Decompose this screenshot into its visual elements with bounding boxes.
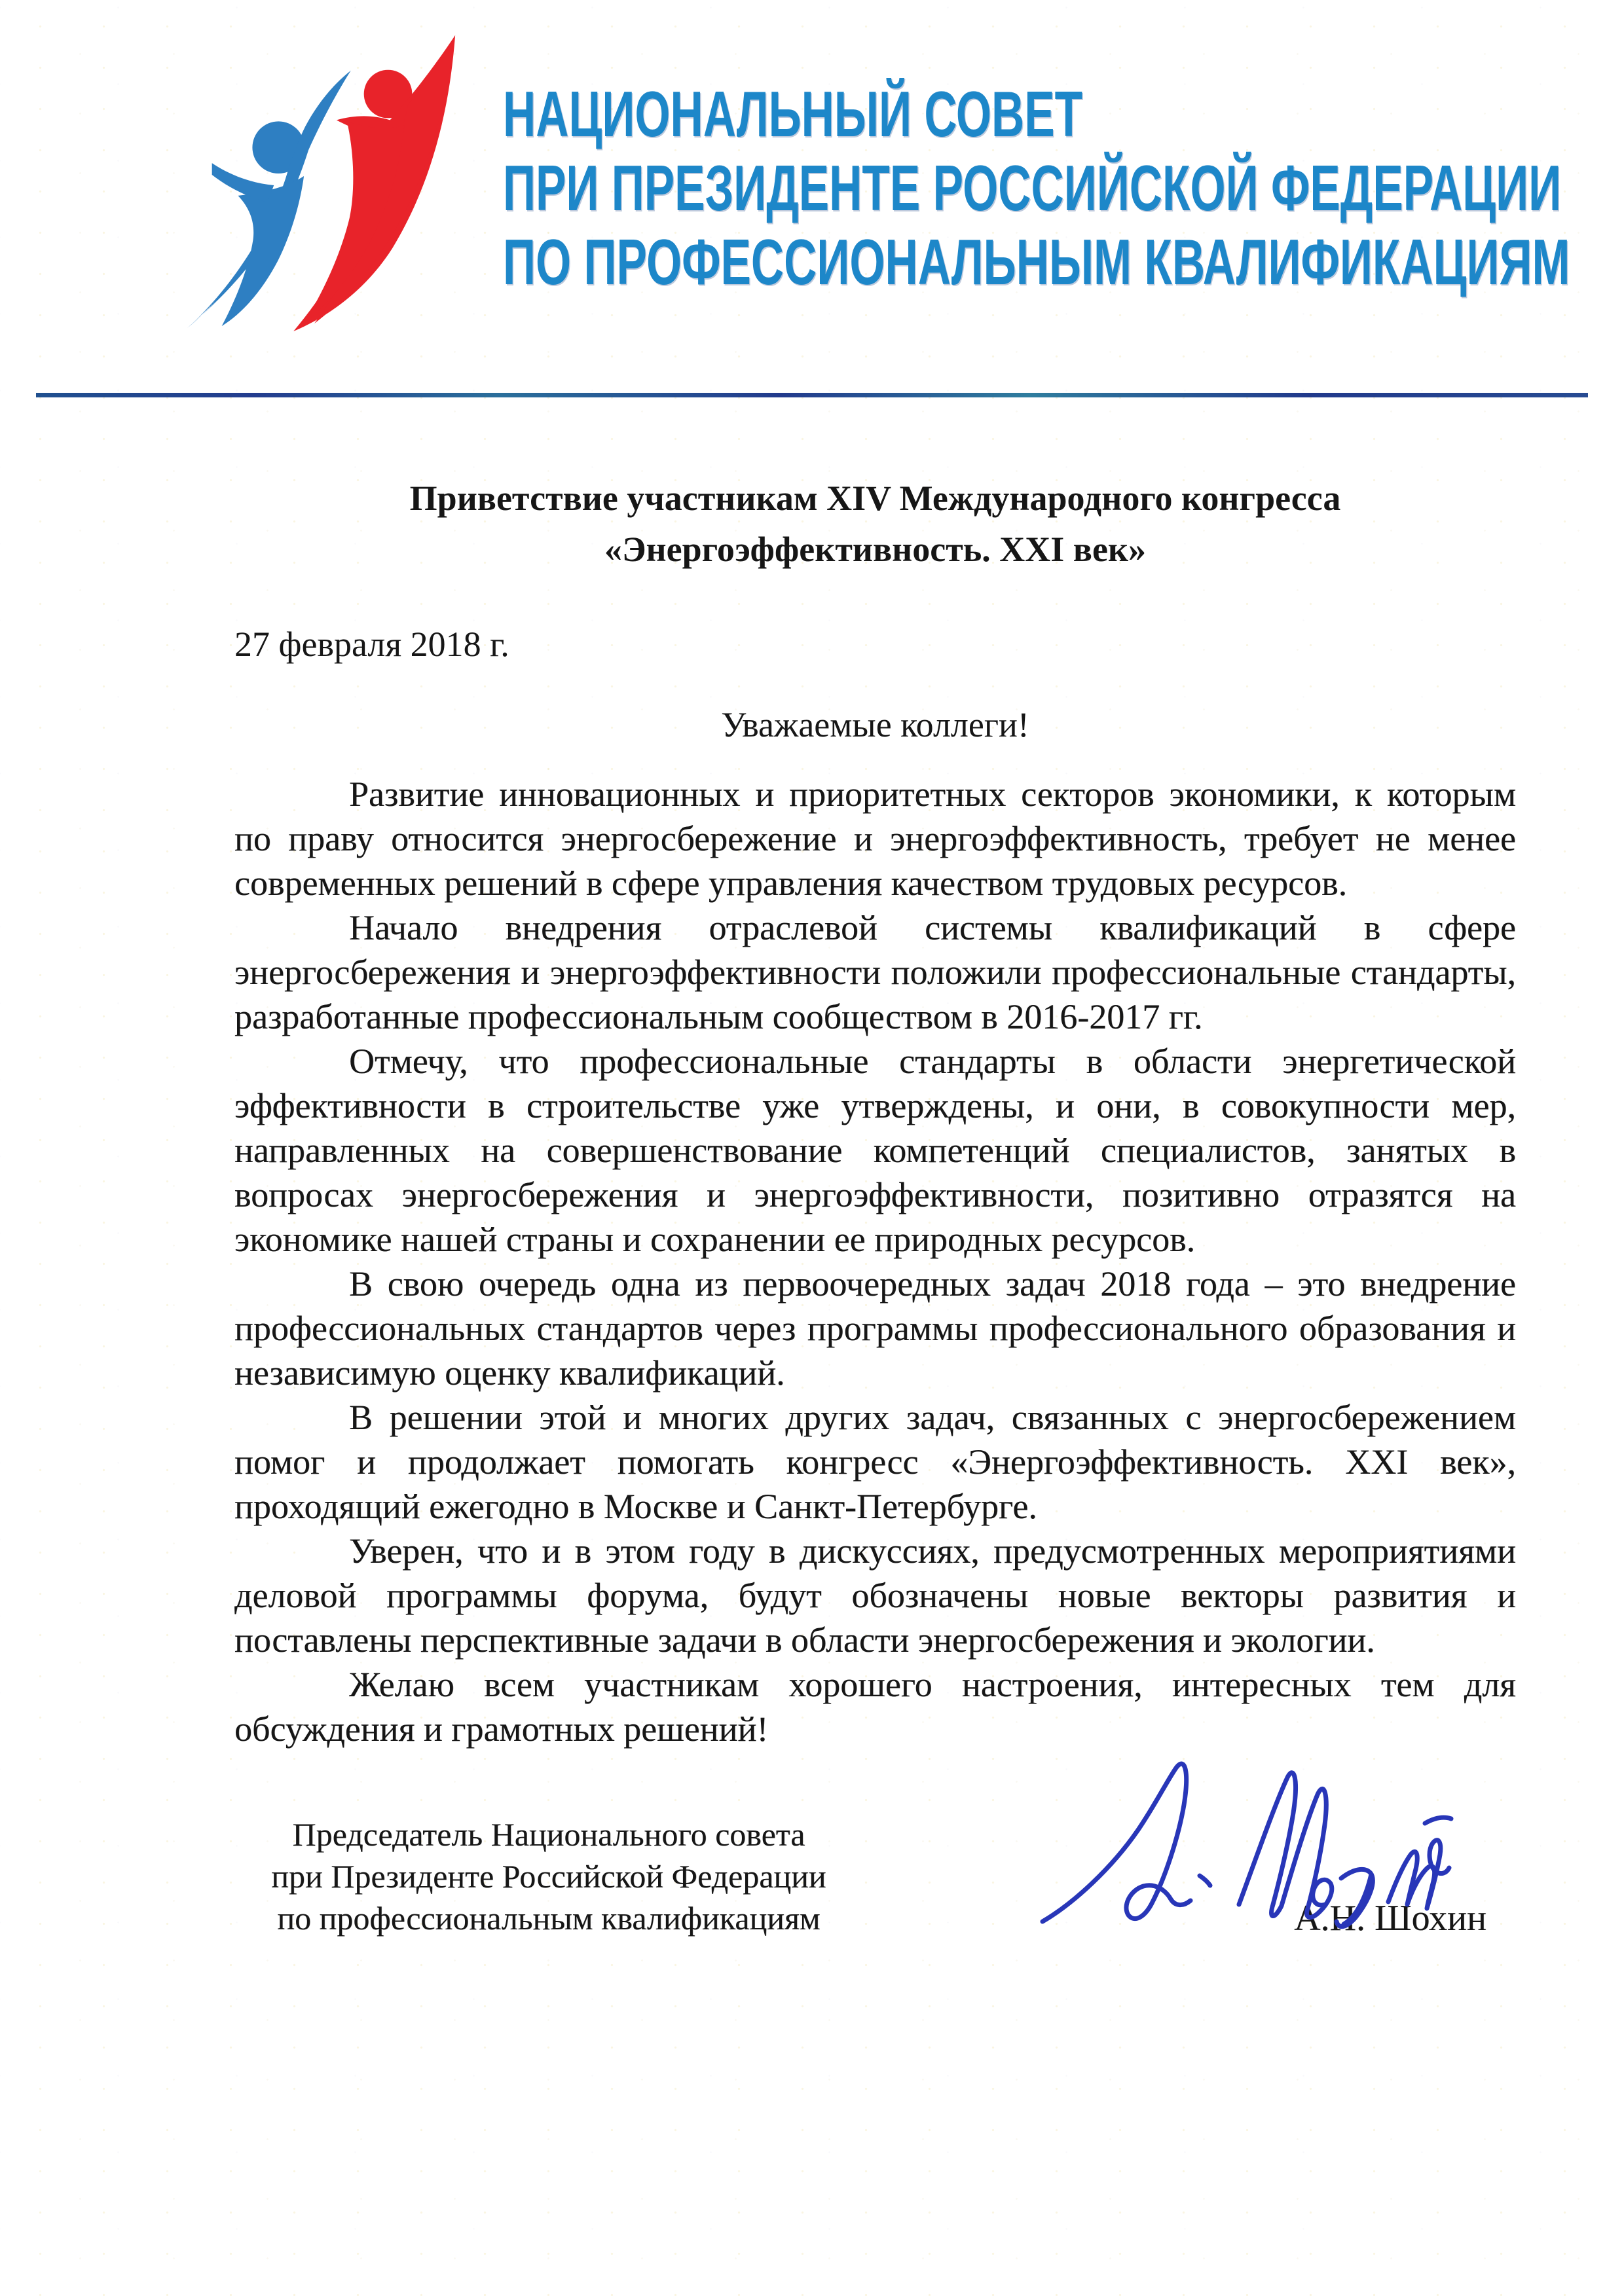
letter-paragraph: Желаю всем участникам хорошего настроени… <box>234 1662 1516 1751</box>
signature-block: Председатель Национального совета при Пр… <box>234 1813 1516 1939</box>
logo-people-icon <box>175 25 460 338</box>
signatory-name: А.Н. Шохин <box>927 1897 1516 1939</box>
letterhead-divider <box>36 393 1588 397</box>
letter-title: Приветствие участникам XIV Международног… <box>234 473 1516 575</box>
letter-paragraphs: Развитие инновационных и приоритетных се… <box>234 772 1516 1751</box>
org-name-line-3: ПО ПРОФЕССИОНАЛЬНЫМ КВАЛИФИКАЦИЯМ <box>503 225 1570 299</box>
letter-content: Приветствие участникам XIV Международног… <box>0 473 1624 1939</box>
letter-title-line-1: Приветствие участникам XIV Международног… <box>234 473 1516 524</box>
letter-title-line-2: «Энергоэффективность. XXI век» <box>234 524 1516 575</box>
signature-area: А.Н. Шохин <box>927 1897 1516 1939</box>
org-name-line-1: НАЦИОНАЛЬНЫЙ СОВЕТ <box>503 77 1570 151</box>
organization-name: НАЦИОНАЛЬНЫЙ СОВЕТ ПРИ ПРЕЗИДЕНТЕ РОССИЙ… <box>503 77 1570 299</box>
letter-paragraph: В свою очередь одна из первоочередных за… <box>234 1262 1516 1395</box>
letter-paragraph: Развитие инновационных и приоритетных се… <box>234 772 1516 905</box>
signatory-position-line-2: при Президенте Российской Федерации <box>234 1855 863 1897</box>
letter-page: НАЦИОНАЛЬНЫЙ СОВЕТ ПРИ ПРЕЗИДЕНТЕ РОССИЙ… <box>0 0 1624 2296</box>
signatory-position-line-3: по профессиональным квалификациям <box>234 1897 863 1939</box>
letter-paragraph: Уверен, что и в этом году в дискуссиях, … <box>234 1529 1516 1662</box>
logo-red-figure <box>293 35 455 331</box>
org-name-line-2: ПРИ ПРЕЗИДЕНТЕ РОССИЙСКОЙ ФЕДЕРАЦИИ <box>503 151 1570 225</box>
signatory-position: Председатель Национального совета при Пр… <box>234 1813 863 1939</box>
letter-date: 27 февраля 2018 г. <box>234 622 1516 666</box>
letter-paragraph: Отмечу, что профессиональные стандарты в… <box>234 1039 1516 1262</box>
signatory-position-line-1: Председатель Национального совета <box>234 1813 863 1855</box>
letter-paragraph: В решении этой и многих других задач, св… <box>234 1395 1516 1529</box>
letter-paragraph: Начало внедрения отраслевой системы квал… <box>234 905 1516 1039</box>
salutation: Уважаемые коллеги! <box>234 702 1516 747</box>
letterhead: НАЦИОНАЛЬНЫЙ СОВЕТ ПРИ ПРЕЗИДЕНТЕ РОССИЙ… <box>0 0 1624 401</box>
